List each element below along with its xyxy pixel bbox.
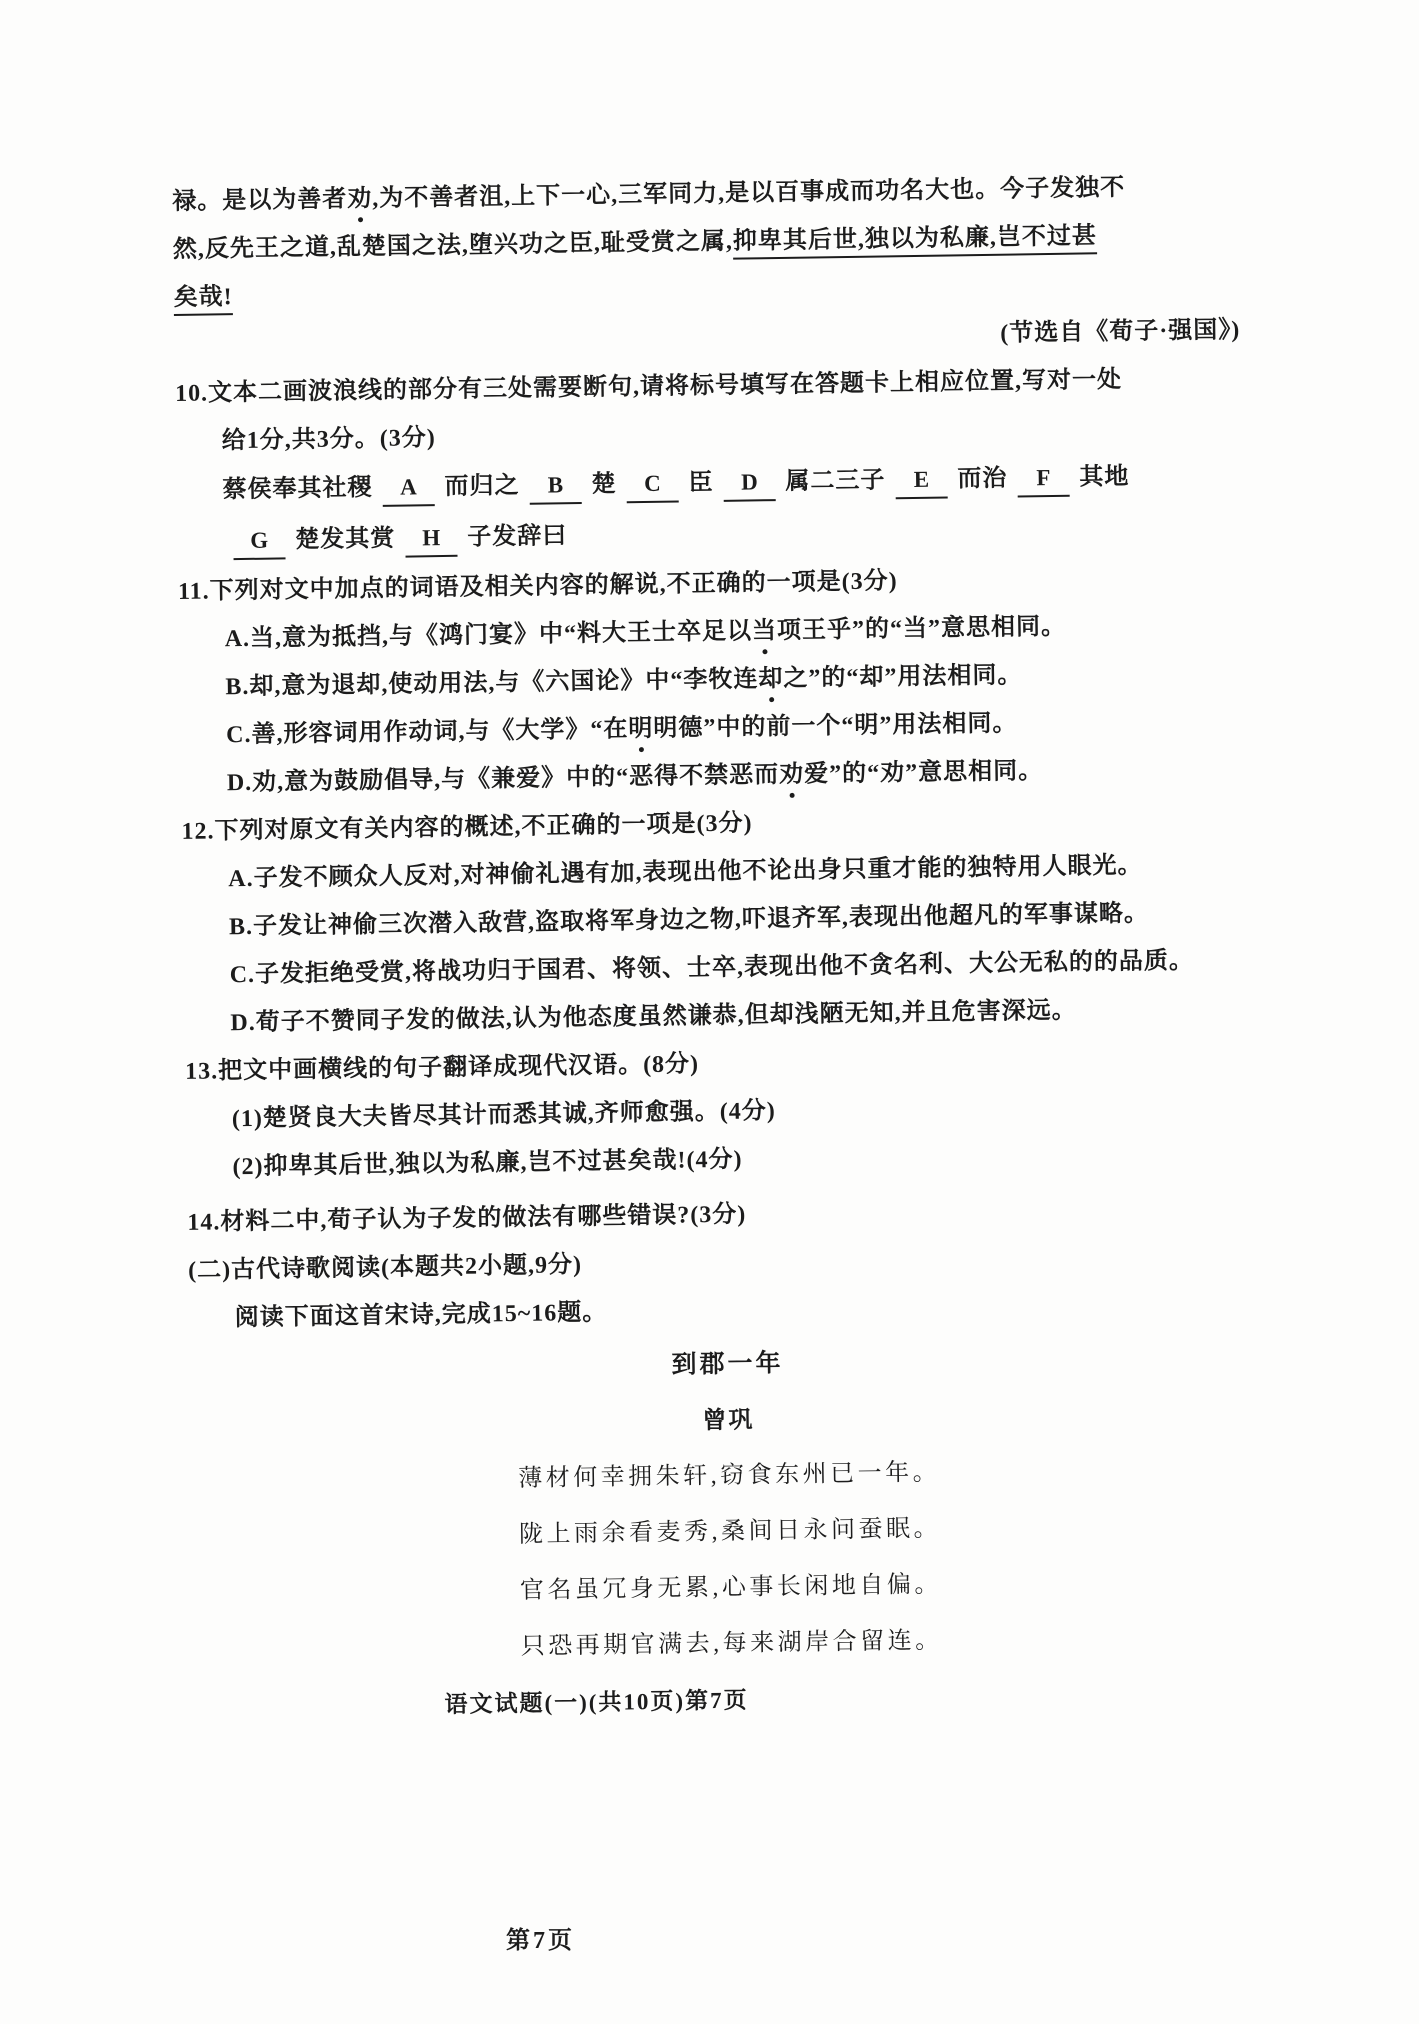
seg-text: 楚发其赏: [295, 526, 395, 553]
option-text: 之”的“却”用法相同。: [783, 662, 1022, 692]
question-11-option-b: B.却,意为退却,使动用法,与《六国论》中“李牧连却之”的“却”用法相同。: [179, 656, 1255, 705]
option-text: A.当,意为抵挡,与《鸿门宴》中“料大王士卒足以: [225, 618, 753, 652]
answer-blank-e: E: [895, 463, 948, 500]
passage-line-1: 禄。是以为善者劝,为不善者沮,上下一心,三军同力,是以百事成而功名大也。今子发独…: [172, 170, 1248, 219]
option-text: D.劝,意为鼓励倡导,与《兼爱》中的“恶得不禁恶而: [227, 762, 780, 796]
question-10-stem: 10.文本二画波浪线的部分有三处需要断句,请将标号填写在答题卡上相应位置,写对一…: [175, 362, 1251, 411]
question-12-option-c: C.子发拒绝受赏,将战功归于国君、将领、士卒,表现出他不贪名利、大公无私的的品质…: [183, 944, 1259, 993]
answer-blank-d: D: [723, 465, 776, 502]
passage-source: (节选自《荀子·强国》): [174, 314, 1250, 363]
exam-scan-page: 禄。是以为善者劝,为不善者沮,上下一心,三军同力,是以百事成而功名大也。今子发独…: [0, 0, 1419, 2024]
question-11-option-d: D.劝,意为鼓励倡导,与《兼爱》中的“恶得不禁恶而劝爱”的“劝”意思相同。: [181, 752, 1257, 801]
underlined-phrase: 矣哉!: [173, 284, 232, 316]
question-13-sentence-1: (1)楚贤良大夫皆尽其计而悉其诚,齐师愈强。(4分): [186, 1088, 1262, 1137]
passage-line-2: 然,反先王之道,乱楚国之法,堕兴功之臣,耻受赏之属,抑卑其后世,独以为私廉,岂不…: [173, 218, 1249, 267]
emphasized-char: 劝: [779, 759, 804, 792]
seg-text: 其地: [1079, 464, 1129, 491]
question-11-option-a: A.当,意为抵挡,与《鸿门宴》中“料大王士卒足以当项王乎”的“当”意思相同。: [178, 608, 1254, 657]
section-2-title: (二)古代诗歌阅读(本题共2小题,9分): [188, 1239, 1264, 1288]
answer-blank-g: G: [233, 523, 286, 560]
question-13-sentence-2: (2)抑卑其后世,独以为私廉,岂不过甚矣哉!(4分): [186, 1136, 1262, 1185]
question-12-stem: 12.下列对原文有关内容的概述,不正确的一项是(3分): [181, 800, 1257, 849]
question-10-stem-cont: 给1分,共3分。(3分): [176, 410, 1252, 459]
answer-blank-c: C: [626, 467, 679, 504]
page-number: 第7页: [506, 1920, 575, 1955]
poem-line-3: 官名虽冗身无累,心事长闲地自偏。: [193, 1564, 1269, 1613]
seg-text: 蔡侯奉其社稷: [222, 475, 372, 503]
question-12-option-d: D.荀子不赞同子发的做法,认为他态度虽然谦恭,但却浅陋无知,并且危害深远。: [184, 992, 1260, 1041]
passage-line-3: 矣哉!: [173, 266, 1249, 315]
answer-blank-f: F: [1017, 461, 1070, 498]
passage-text: 然,反先王之道,乱楚国之法,堕兴功之臣,耻受赏之属,: [173, 229, 733, 263]
question-10-answer-row-1: 蔡侯奉其社稷A而归之B楚C臣D属二三子E而治F其地: [176, 458, 1252, 510]
option-text: 爱”的“劝”意思相同。: [804, 758, 1043, 788]
question-12-option-a: A.子发不顾众人反对,对神偷礼遇有加,表现出他不论出身只重才能的独特用人眼光。: [182, 848, 1258, 897]
answer-blank-a: A: [382, 470, 435, 507]
question-11-stem: 11.下列对文中加点的词语及相关内容的解说,不正确的一项是(3分): [178, 560, 1254, 609]
seg-text: 子发辞曰: [467, 523, 567, 550]
passage-text: 禄。是以为善者: [172, 186, 347, 215]
seg-text: 而归之: [444, 473, 519, 500]
emphasized-char: 却: [758, 663, 783, 696]
paper-footer: 语文试题(一)(共10页)第7页: [58, 1678, 1134, 1727]
poem-author: 曾巩: [190, 1397, 1266, 1446]
seg-text: 臣: [688, 470, 713, 496]
seg-text: 而治: [957, 466, 1007, 493]
question-14-stem: 14.材料二中,荀子认为子发的做法有哪些错误?(3分): [187, 1191, 1263, 1240]
poem-title: 到郡一年: [189, 1340, 1265, 1389]
emphasized-char: 劝: [347, 183, 372, 216]
option-text: 项王乎”的“当”意思相同。: [777, 614, 1066, 644]
answer-blank-h: H: [405, 521, 458, 558]
question-11-option-c: C.善,形容词用作动词,与《大学》“在明明德”中的前一个“明”用法相同。: [180, 704, 1256, 753]
question-10-answer-row-2: G楚发其赏H子发辞曰: [177, 509, 1253, 561]
emphasized-char: 当: [752, 615, 777, 648]
poem-line-4: 只恐再期官满去,每来湖岸合留连。: [194, 1620, 1270, 1669]
seg-text: 属二三子: [785, 467, 885, 494]
poem-line-2: 陇上雨余看麦秀,桑间日永问蚕眠。: [192, 1508, 1268, 1557]
option-text: C.善,形容词用作动词,与《大学》“在: [226, 716, 629, 748]
option-text: 明德”中的前一个“明”用法相同。: [653, 711, 1017, 742]
option-text: B.却,意为退却,使动用法,与《六国论》中“李牧连: [225, 666, 758, 700]
section-2-intro: 阅读下面这首宋诗,完成15~16题。: [189, 1287, 1265, 1336]
answer-blank-b: B: [529, 468, 582, 505]
page-content: 禄。是以为善者劝,为不善者沮,上下一心,三军同力,是以百事成而功名大也。今子发独…: [172, 170, 1271, 1748]
seg-text: 楚: [591, 471, 616, 497]
underlined-phrase: 抑卑其后世,独以为私廉,岂不过甚: [733, 223, 1097, 259]
poem-line-1: 薄材何幸拥朱轩,窃食东州已一年。: [191, 1452, 1267, 1501]
emphasized-char: 明: [628, 713, 653, 746]
question-12-option-b: B.子发让神偷三次潜入敌营,盗取将军身边之物,吓退齐军,表现出他超凡的军事谋略。: [183, 896, 1259, 945]
question-13-stem: 13.把文中画横线的句子翻译成现代汉语。(8分): [185, 1040, 1261, 1089]
passage-text: ,为不善者沮,上下一心,三军同力,是以百事成而功名大也。今子发独不: [372, 175, 1125, 212]
